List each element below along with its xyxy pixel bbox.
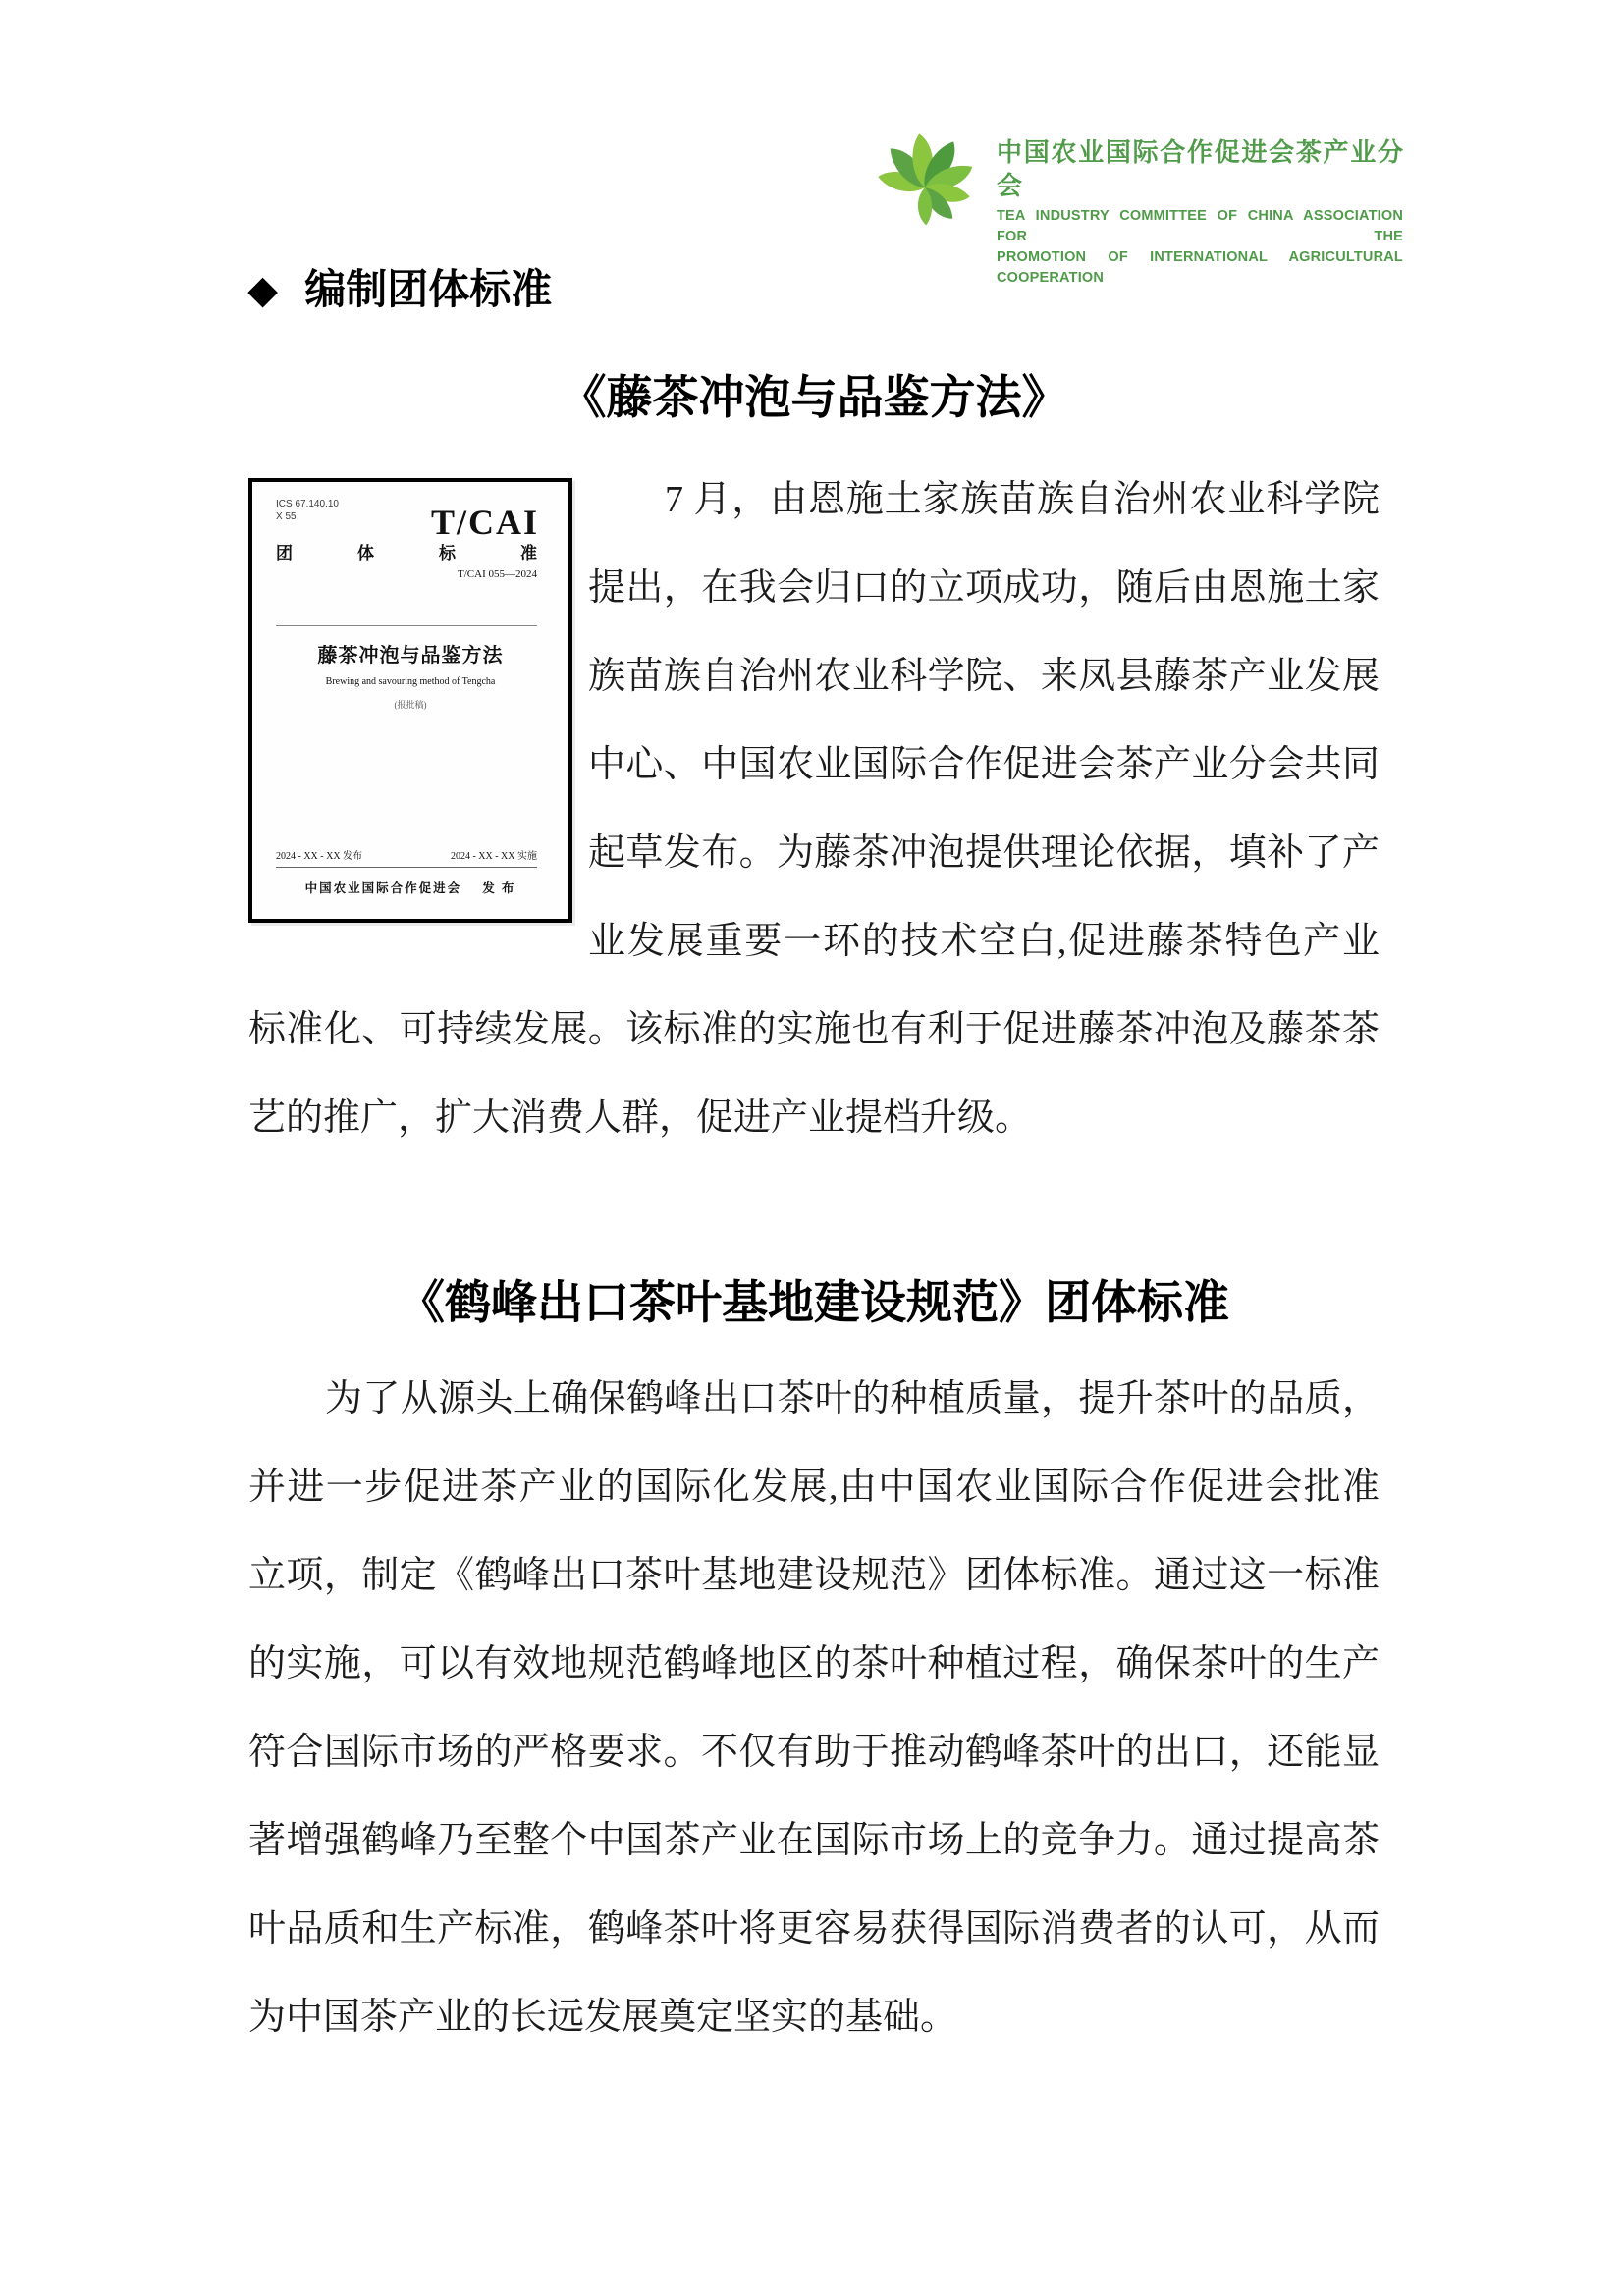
org-logo: 中国农业国际合作促进会茶产业分会 TEA INDUSTRY COMMITTEE … [867,118,1403,289]
cover-type-char: 准 [520,539,537,563]
cover-issue-date: 2024 - XX - XX 发布 [276,847,362,862]
cover-dates: 2024 - XX - XX 发布 2024 - XX - XX 实施 [276,847,537,868]
article1-title: 《藤茶冲泡与品鉴方法》 [248,368,1380,429]
diamond-bullet-icon: ◆ [248,272,277,309]
org-name-cn: 中国农业国际合作促进会茶产业分会 [997,135,1403,202]
cover-draft-note: (报批稿) [252,698,568,711]
cover-publisher: 中国农业国际合作促进会 [305,881,462,895]
cover-standard-number: T/CAI 055—2024 [458,568,537,580]
article2-title: 《鹤峰出口茶叶基地建设规范》团体标准 [248,1273,1380,1334]
cover-title-en: Brewing and savouring method of Tengcha [252,676,568,687]
org-name-block: 中国农业国际合作促进会茶产业分会 TEA INDUSTRY COMMITTEE … [997,135,1403,289]
cover-impl-date: 2024 - XX - XX 实施 [451,847,537,862]
cover-publisher-row: 中国农业国际合作促进会 发 布 [252,879,568,896]
cover-publish-label: 发 布 [482,881,515,895]
cover-title-cn: 藤茶冲泡与品鉴方法 [252,639,568,667]
cover-standard-type: 团 体 标 准 [276,539,537,563]
org-name-en: TEA INDUSTRY COMMITTEE OF CHINA ASSOCIAT… [997,206,1403,289]
cover-tcai-mark: T/CAI [431,502,539,543]
cover-type-char: 团 [276,539,293,563]
cover-type-char: 标 [439,539,456,563]
article1-body: ICS 67.140.10 X 55 T/CAI 团 体 标 准 T/CAI 0… [248,455,1380,1162]
document-page: 中国农业国际合作促进会茶产业分会 TEA INDUSTRY COMMITTEE … [0,0,1624,2296]
cover-divider [276,625,537,626]
tea-leaves-logo-icon [867,122,987,241]
document-body: ◆ 编制团体标准 《藤茶冲泡与品鉴方法》 ICS 67.140.10 X 55 … [0,263,1624,2061]
section-heading-label: 编制团体标准 [304,263,552,318]
cover-ics-code: ICS 67.140.10 X 55 [276,498,339,523]
article2-paragraph: 为了从源头上确保鹤峰出口茶叶的种植质量，提升茶叶的品质，并进一步促进茶产业的国际… [248,1355,1380,2061]
cover-type-char: 体 [357,539,374,563]
standard-cover-image: ICS 67.140.10 X 55 T/CAI 团 体 标 准 T/CAI 0… [248,478,572,923]
